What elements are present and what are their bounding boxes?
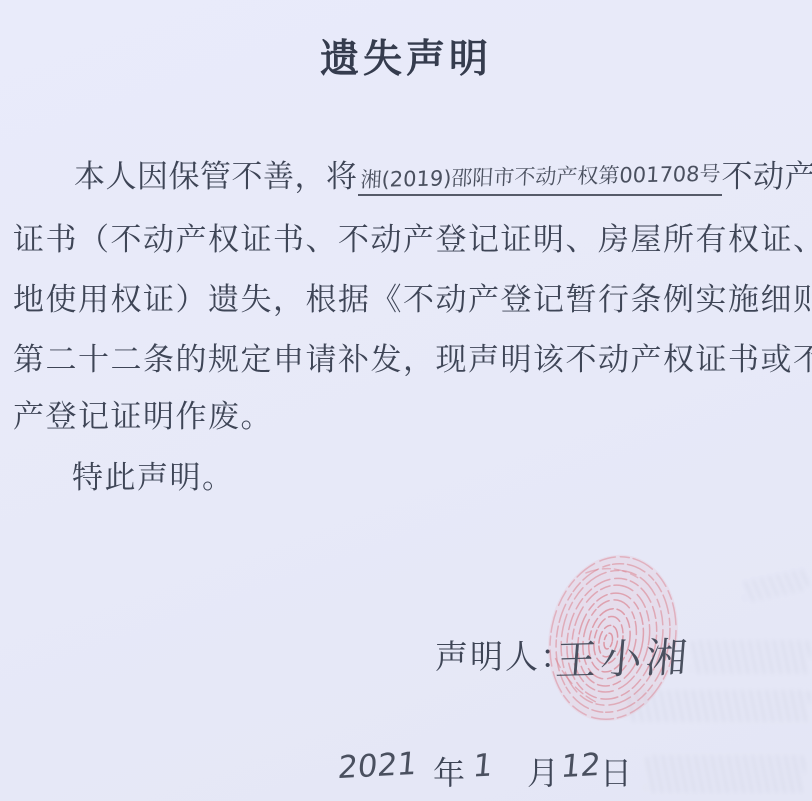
bleed-through-mark xyxy=(740,568,809,603)
declarant-signature-handwritten: 王小湘 xyxy=(554,624,694,687)
date-day-label: 日 xyxy=(600,748,632,794)
bleed-through-mark xyxy=(645,755,805,793)
fill-in-blank-underline: 湘(2019)邵阳市不动产权第001708号 xyxy=(358,161,722,196)
body-line-1-suffix: 不动产权 xyxy=(722,159,812,194)
body-line-1-prefix: 本人因保管不善，将 xyxy=(74,159,358,194)
body-line-5: 产登记证明作废。 xyxy=(13,391,273,436)
date-year-handwritten: 2021 xyxy=(336,746,418,786)
body-line-3: 地使用权证）遗失，根据《不动产登记暂行条例实施细则》 xyxy=(13,274,812,319)
closing-statement: 特此声明。 xyxy=(72,452,235,497)
date-year-label: 年 xyxy=(433,748,465,794)
date-month-handwritten: 1 xyxy=(471,747,494,784)
document-title: 遗失声明 xyxy=(0,28,812,84)
date-month-label: 月 xyxy=(527,748,559,794)
bleed-through-mark xyxy=(690,640,810,674)
body-line-1: 本人因保管不善，将湘(2019)邵阳市不动产权第001708号不动产权 xyxy=(74,151,812,196)
document-page: 遗失声明 本人因保管不善，将湘(2019)邵阳市不动产权第001708号不动产权… xyxy=(0,0,812,801)
certificate-number-handwritten: 湘(2019)邵阳市不动产权第001708号 xyxy=(360,164,721,191)
date-day-handwritten: 12 xyxy=(559,747,602,785)
body-line-2: 证书（不动产权证书、不动产登记证明、房屋所有权证、土 xyxy=(13,214,812,259)
body-line-4: 第二十二条的规定申请补发，现声明该不动产权证书或不动 xyxy=(13,334,812,379)
